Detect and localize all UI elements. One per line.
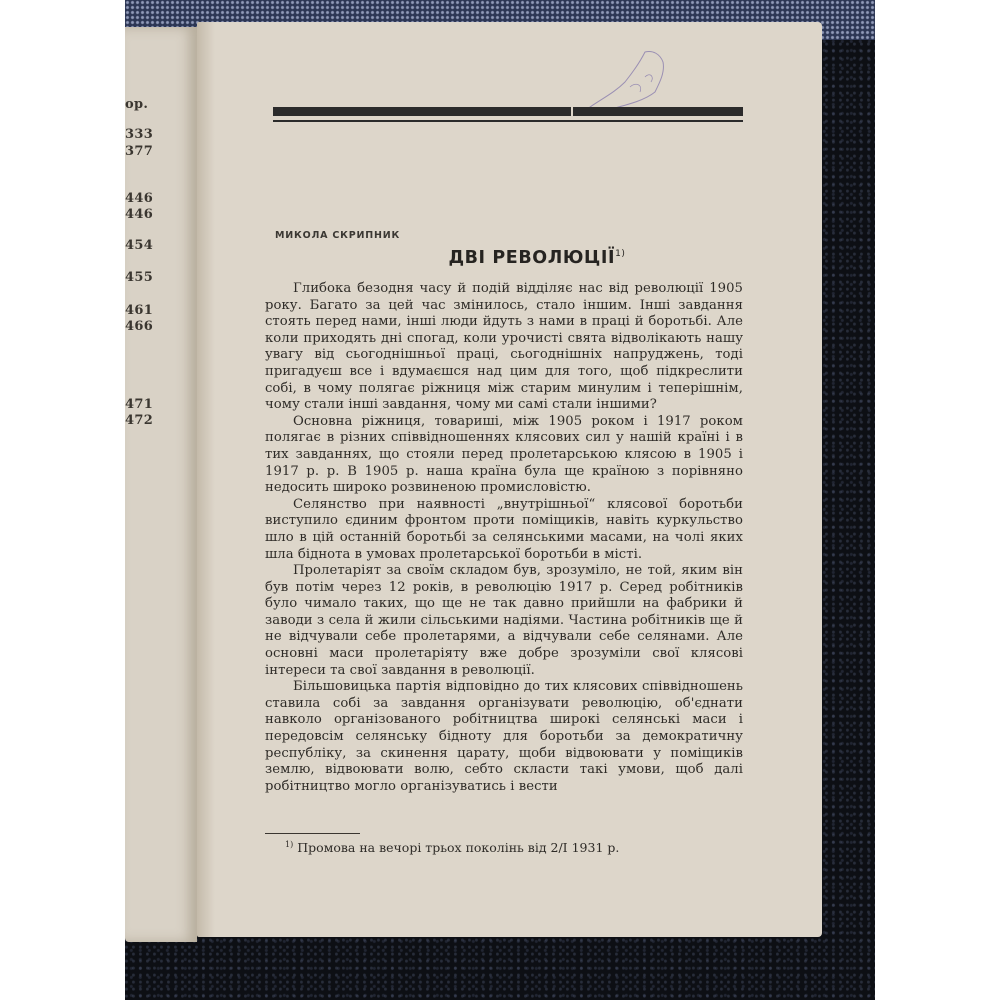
page-number: 472 (125, 413, 153, 428)
footnote-mark: 1) (285, 840, 293, 849)
chapter-title-text: ДВІ РЕВОЛЮЦІЇ (448, 248, 615, 268)
paragraph: Пролетаріят за своїм складом був, зрозум… (265, 563, 743, 679)
book-photo: ор. 333 377 446 446 454 455 461 466 471 … (125, 0, 875, 1000)
page-number: 446 (125, 207, 153, 222)
page-number: 455 (125, 270, 153, 285)
page-number: 446 (125, 191, 153, 206)
page-number: 377 (125, 144, 153, 159)
footnote-rule (265, 833, 360, 834)
footnote-text: Промова на вечорі трьох поколінь від 2/І… (297, 840, 619, 855)
page-number: 454 (125, 238, 153, 253)
page-number: 461 (125, 303, 153, 318)
page-number: 466 (125, 319, 153, 334)
paragraph: Селянство при наявності „внутрішньої“ кл… (265, 497, 743, 563)
footnote: 1) Промова на вечорі трьох поколінь від … (285, 840, 619, 855)
right-page: МИКОЛА СКРИПНИК ДВІ РЕВОЛЮЦІЇ1) Глибока … (197, 22, 822, 937)
author-name: МИКОЛА СКРИПНИК (275, 230, 400, 241)
page-number: 333 (125, 127, 153, 142)
left-page-header-fragment: ор. (125, 97, 148, 112)
paragraph: Більшовицька партія відповідно до тих кл… (265, 679, 743, 795)
paragraph: Основна ріжниця, товариші, між 1905 роко… (265, 414, 743, 497)
header-rule-gap (571, 107, 573, 116)
header-rule-thick (273, 107, 743, 116)
page-number: 471 (125, 397, 153, 412)
body-text: Глибока безодня часу й подій відділяє на… (265, 281, 743, 795)
title-footnote-mark: 1) (615, 249, 625, 259)
left-page: ор. 333 377 446 446 454 455 461 466 471 … (125, 27, 197, 942)
chapter-title: ДВІ РЕВОЛЮЦІЇ1) (197, 248, 822, 268)
paragraph: Глибока безодня часу й подій відділяє на… (265, 281, 743, 414)
header-rule-thin (273, 120, 743, 122)
